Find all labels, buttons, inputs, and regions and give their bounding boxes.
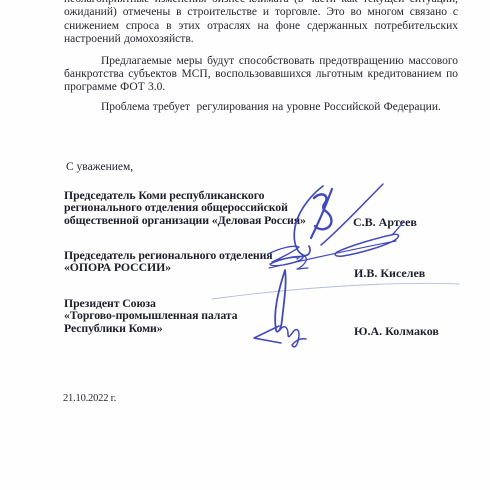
signer-3-title: Президент Союза «Торгово-промышленная па… [64,297,237,334]
paragraph-line: Предлагаемые меры будут способствовать п… [64,55,458,68]
paragraph-2: Предлагаемые меры будут способствовать п… [64,55,458,95]
signer-title-line: общественной организации «Деловая Россия… [64,214,306,226]
paragraph-line: банкротства субъектов МСП, воспользовавш… [64,68,458,81]
signer-2-name: И.В. Киселев [354,266,425,281]
paragraph-3: Проблема требует регулирования на уровне… [64,101,458,114]
signer-1-title: Председатель Коми республиканского регио… [64,189,306,226]
signer-title-line: «Торгово-промышленная палата [64,309,237,321]
signer-1-name: С.В. Артеев [353,215,417,230]
letter-date: 21.10.2022 г. [63,393,116,404]
letter-document: неблагоприятные изменения бизнес-климата… [0,0,490,490]
paragraph-line: Проблема требует регулирования на уровне… [64,101,458,114]
paragraph-line: настроений домохозяйств. [64,33,458,46]
signer-title-line: регионального отделения общероссийской [64,201,306,213]
paragraph-line: снижением спроса в этих отраслях на фоне… [64,20,458,33]
letter-body: неблагоприятные изменения бизнес-климата… [64,0,458,114]
closing-salutation: С уважением, [66,160,133,174]
signer-title-line: «ОПОРА РОССИИ» [64,261,273,273]
signer-title-line: Республики Коми» [64,322,237,334]
paragraph-line: программе ФОТ 3.0. [64,81,458,94]
pen-flourish-ink [212,283,459,299]
kolmakov-signature-ink [254,270,306,347]
signer-3-name: Ю.А. Колмаков [354,324,439,339]
paragraph-line: ожиданий) отмечены в строительстве и тор… [64,6,458,19]
signer-2-title: Председатель регионального отделения «ОП… [64,249,273,274]
paragraph-1: неблагоприятные изменения бизнес-климата… [64,0,458,47]
